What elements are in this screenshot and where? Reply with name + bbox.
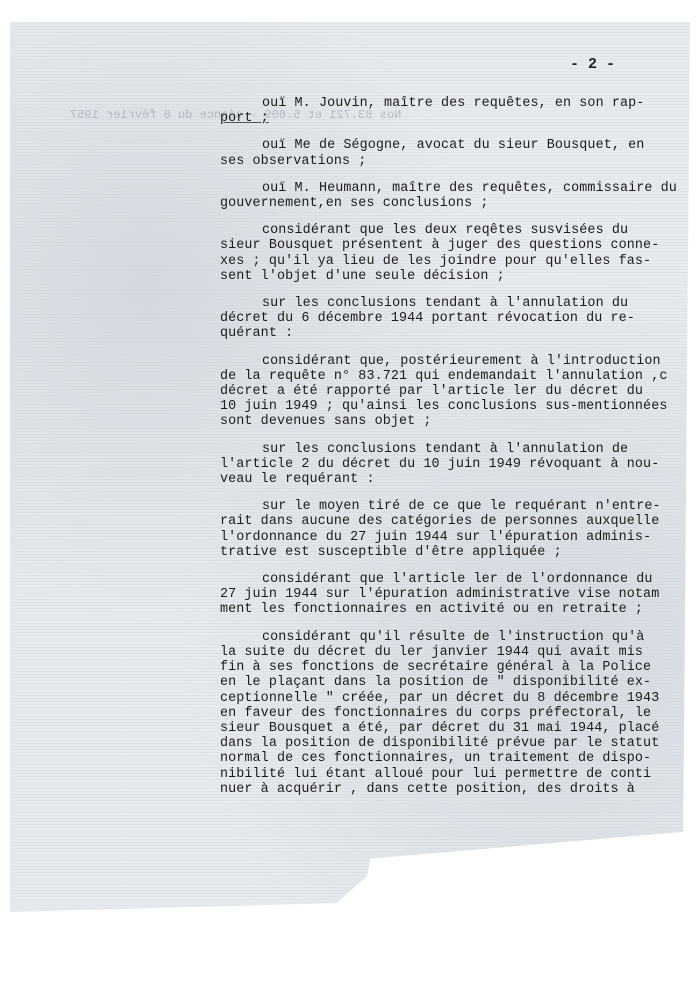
text-line: décret du 6 décembre 1944 portant révoca…: [220, 311, 700, 326]
text-line: 27 juin 1944 sur l'épuration administrat…: [220, 587, 700, 602]
text-line: sur le moyen tiré de ce que le requérant…: [220, 499, 700, 514]
text-line: considérant que les deux reqêtes susvisé…: [220, 223, 700, 238]
text-line: de la requête n° 83.721 qui endemandait …: [220, 369, 700, 384]
paragraph: considérant que les deux reqêtes susvisé…: [220, 223, 700, 284]
text-line: ouï M. Heumann, maître des requêtes, com…: [220, 181, 700, 196]
paragraph: sur les conclusions tendant à l'annulati…: [220, 296, 700, 342]
paragraph: considérant que, postérieurement à l'int…: [220, 354, 700, 430]
text-line: considérant qu'il résulte de l'instructi…: [220, 630, 700, 645]
text-line: l'ordonnance du 27 juin 1944 sur l'épura…: [220, 530, 700, 545]
page-number: - 2 -: [570, 56, 615, 73]
paragraph: ouï M. Heumann, maître des requêtes, com…: [220, 181, 700, 211]
text-line: ceptionnelle " créée, par un décret du 8…: [220, 691, 700, 706]
text-line: considérant que l'article ler de l'ordon…: [220, 572, 700, 587]
text-line: veau le requérant :: [220, 472, 700, 487]
document-body: ouï M. Jouvin, maître des requêtes, en s…: [220, 96, 700, 809]
text-line: fin à ses fonctions de secrétaire généra…: [220, 660, 700, 675]
text-line: dans la position de disponibilité prévue…: [220, 736, 700, 751]
text-line: sieur Bousquet a été, par décret du 31 m…: [220, 721, 700, 736]
text-line: sent l'objet d'une seule décision ;: [220, 269, 700, 284]
text-line: 10 juin 1949 ; qu'ainsi les conclusions …: [220, 399, 700, 414]
text-line: quérant :: [220, 326, 700, 341]
text-line: la suite du décret du ler janvier 1944 q…: [220, 645, 700, 660]
text-line: sieur Bousquet présentent à juger des qu…: [220, 238, 700, 253]
paragraph: sur le moyen tiré de ce que le requérant…: [220, 499, 700, 560]
paragraph: considérant que l'article ler de l'ordon…: [220, 572, 700, 618]
text-line: port ;: [220, 111, 700, 126]
text-line: sont devenues sans objet ;: [220, 414, 700, 429]
text-line: nuer à acquérir , dans cette position, d…: [220, 782, 700, 797]
text-line: sur les conclusions tendant à l'annulati…: [220, 442, 700, 457]
text-line: sur les conclusions tendant à l'annulati…: [220, 296, 700, 311]
text-line: normal de ces fonctionnaires, un traitem…: [220, 751, 700, 766]
text-line: ouï M. Jouvin, maître des requêtes, en s…: [220, 96, 700, 111]
text-line: décret a été rapporté par l'article ler …: [220, 384, 700, 399]
paragraph: considérant qu'il résulte de l'instructi…: [220, 630, 700, 797]
text-line: ses observations ;: [220, 154, 700, 169]
paragraph: sur les conclusions tendant à l'annulati…: [220, 442, 700, 488]
text-line: en faveur des fonctionnaires du corps pr…: [220, 706, 700, 721]
text-line: ment les fonctionnaires en activité ou e…: [220, 602, 700, 617]
text-line: rait dans aucune des catégories de perso…: [220, 514, 700, 529]
text-line: l'article 2 du décret du 10 juin 1949 ré…: [220, 457, 700, 472]
text-line: xes ; qu'il ya lieu de les joindre pour …: [220, 254, 700, 269]
paragraph: ouï M. Jouvin, maître des requêtes, en s…: [220, 96, 700, 126]
text-line: nibilité lui étant alloué pour lui perme…: [220, 767, 700, 782]
text-line: considérant que, postérieurement à l'int…: [220, 354, 700, 369]
text-line: en le plaçant dans la position de " disp…: [220, 675, 700, 690]
paragraph: ouï Me de Ségogne, avocat du sieur Bousq…: [220, 138, 700, 168]
text-line: gouvernement,en ses conclusions ;: [220, 196, 700, 211]
text-line: ouï Me de Ségogne, avocat du sieur Bousq…: [220, 138, 700, 153]
text-line: trative est susceptible d'être appliquée…: [220, 545, 700, 560]
